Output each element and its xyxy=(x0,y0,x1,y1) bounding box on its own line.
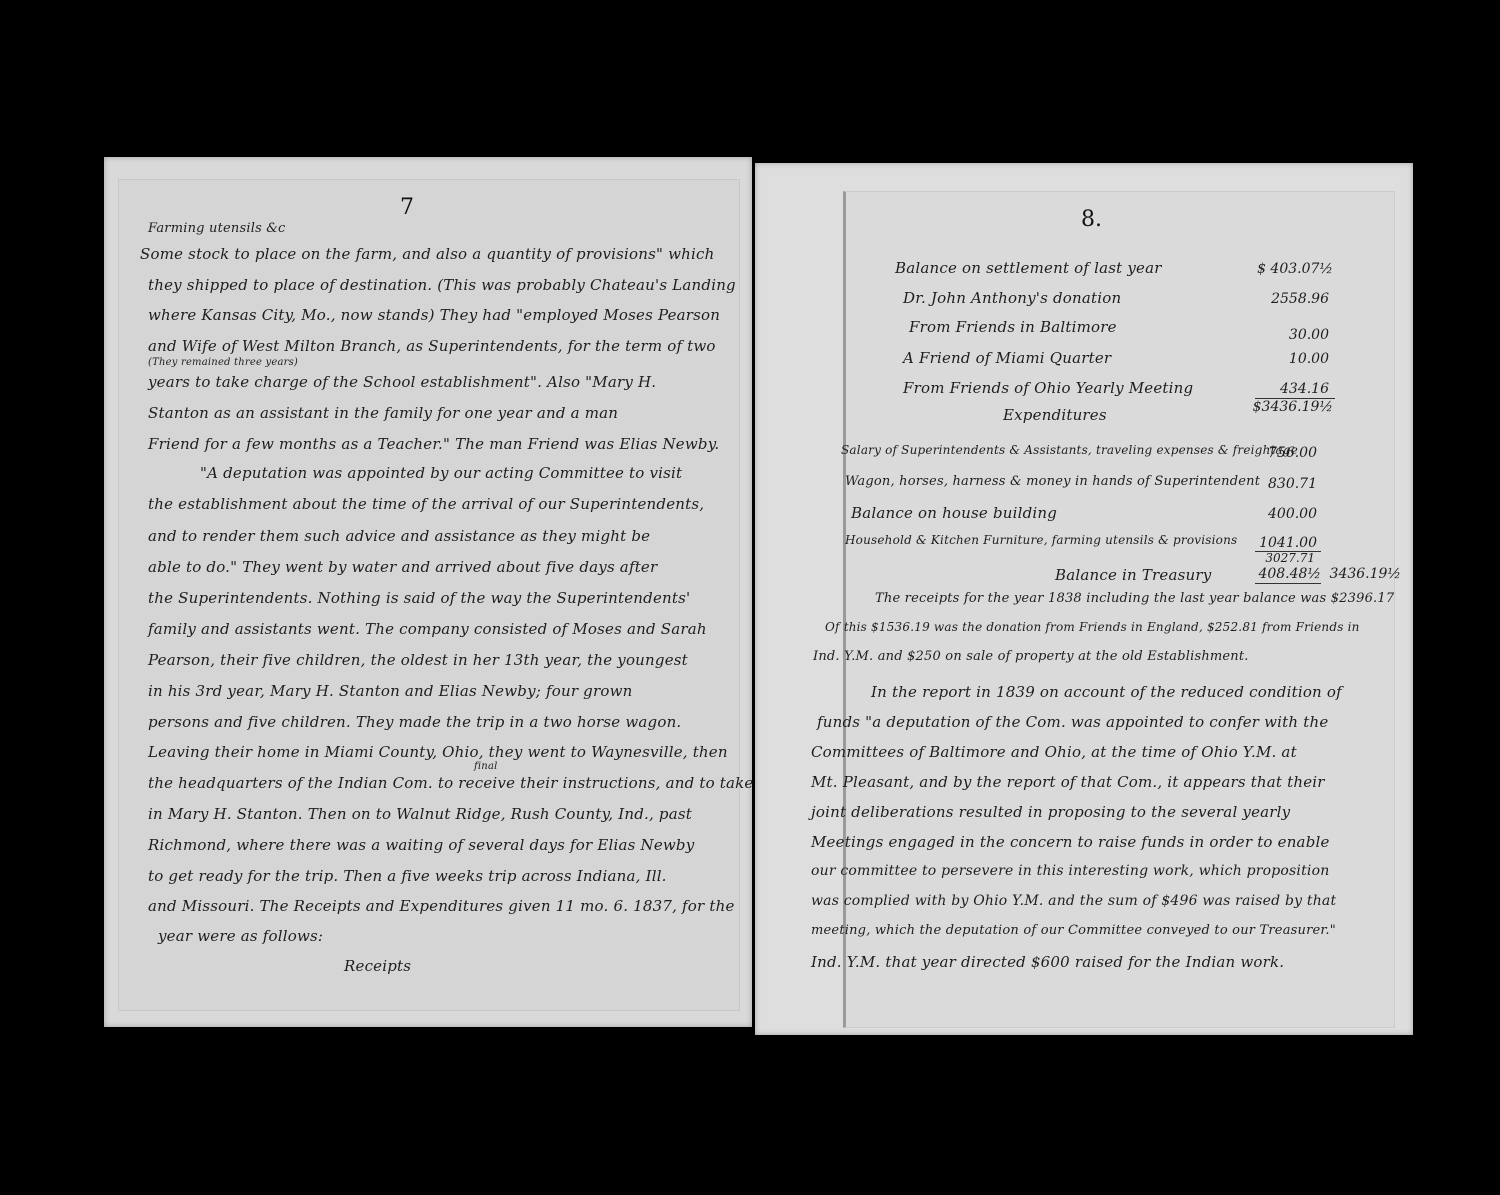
handwritten-line: meeting, which the deputation of our Com… xyxy=(811,923,1336,938)
insert-word: final xyxy=(474,761,498,772)
handwritten-line: Stanton as an assistant in the family fo… xyxy=(148,404,618,422)
handwritten-line: they shipped to place of destination. (T… xyxy=(148,276,736,294)
sum-rule xyxy=(1255,583,1321,584)
right-manuscript-page: 8. Balance on settlement of last year $ … xyxy=(755,163,1413,1035)
handwritten-line: persons and five children. They made the… xyxy=(148,713,681,731)
handwritten-line: Richmond, where there was a waiting of s… xyxy=(148,836,694,854)
expenditure-amount: 1041.00 xyxy=(1259,535,1317,551)
page-number: 8. xyxy=(1081,207,1102,232)
handwritten-line: the Superintendents. Nothing is said of … xyxy=(148,589,690,607)
expenditure-amount: 400.00 xyxy=(1268,506,1317,522)
handwritten-line: Pearson, their five children, the oldest… xyxy=(148,651,688,669)
handwritten-line: "A deputation was appointed by our actin… xyxy=(200,464,682,482)
expenditures-total: 3027.71 xyxy=(1265,551,1315,565)
receipt-label: From Friends in Baltimore xyxy=(909,318,1117,336)
handwritten-line: years to take charge of the School estab… xyxy=(148,373,656,391)
handwritten-line: The receipts for the year 1838 including… xyxy=(875,591,1394,606)
handwritten-line: able to do." They went by water and arri… xyxy=(148,558,657,576)
expenditure-label: Balance on house building xyxy=(851,504,1057,522)
handwritten-line: Ind. Y.M. and $250 on sale of property a… xyxy=(813,649,1249,664)
page-number: 7 xyxy=(400,195,414,220)
receipt-amount: $ 403.07½ xyxy=(1257,261,1333,277)
handwritten-line: the headquarters of the Indian Com. to r… xyxy=(148,774,754,792)
handwritten-line: Committees of Baltimore and Ohio, at the… xyxy=(811,743,1297,761)
expenditure-amount: 830.71 xyxy=(1268,476,1317,492)
grand-total: 3436.19½ xyxy=(1330,566,1401,582)
handwritten-line: was complied with by Ohio Y.M. and the s… xyxy=(811,893,1336,909)
handwritten-line: where Kansas City, Mo., now stands) They… xyxy=(148,306,720,324)
handwritten-line: and Missouri. The Receipts and Expenditu… xyxy=(148,897,735,915)
handwritten-line: Ind. Y.M. that year directed $600 raised… xyxy=(811,953,1284,971)
handwritten-line: and to render them such advice and assis… xyxy=(148,527,650,545)
handwritten-line: in Mary H. Stanton. Then on to Walnut Ri… xyxy=(148,805,692,823)
handwritten-line: In the report in 1839 on account of the … xyxy=(871,683,1342,701)
expenditures-heading: Expenditures xyxy=(1003,406,1107,424)
receipt-label: Dr. John Anthony's donation xyxy=(903,289,1121,307)
receipt-amount: 434.16 xyxy=(1280,381,1329,397)
handwritten-line: Leaving their home in Miami County, Ohio… xyxy=(148,743,728,761)
handwritten-line: Farming utensils &c xyxy=(148,221,286,236)
expenditure-label: Salary of Superintendents & Assistants, … xyxy=(841,443,1298,457)
handwritten-line: in his 3rd year, Mary H. Stanton and Eli… xyxy=(148,682,632,700)
receipt-label: From Friends of Ohio Yearly Meeting xyxy=(903,379,1193,397)
handwritten-line: to get ready for the trip. Then a five w… xyxy=(148,867,667,885)
handwritten-line: funds "a deputation of the Com. was appo… xyxy=(817,713,1328,731)
handwritten-line: Meetings engaged in the concern to raise… xyxy=(811,833,1330,851)
receipt-amount: 10.00 xyxy=(1289,351,1329,367)
receipt-amount: 2558.96 xyxy=(1271,291,1329,307)
handwritten-line: and Wife of West Milton Branch, as Super… xyxy=(148,337,716,355)
balance-label: Balance in Treasury xyxy=(1055,566,1211,584)
handwritten-line: Friend for a few months as a Teacher." T… xyxy=(148,435,719,453)
handwritten-line: our committee to persevere in this inter… xyxy=(811,863,1329,879)
left-manuscript-page: 7 Farming utensils &c Some stock to plac… xyxy=(104,157,752,1027)
handwritten-line: family and assistants went. The company … xyxy=(148,620,707,638)
handwritten-line: year were as follows: xyxy=(158,927,323,945)
handwritten-line: Mt. Pleasant, and by the report of that … xyxy=(811,773,1325,791)
receipt-amount: 30.00 xyxy=(1289,327,1329,343)
insert-note: (They remained three years) xyxy=(148,357,298,368)
receipt-label: Balance on settlement of last year xyxy=(895,259,1162,277)
receipts-heading: Receipts xyxy=(344,957,411,975)
expenditure-label: Wagon, horses, harness & money in hands … xyxy=(845,474,1260,489)
handwritten-line: the establishment about the time of the … xyxy=(148,495,704,513)
expenditure-label: Household & Kitchen Furniture, farming u… xyxy=(845,533,1237,547)
balance-amount: 408.48½ xyxy=(1258,566,1321,582)
handwritten-line: joint deliberations resulted in proposin… xyxy=(811,803,1290,821)
expenditure-amount: 756.00 xyxy=(1268,445,1317,461)
handwritten-line: Some stock to place on the farm, and als… xyxy=(140,245,714,263)
receipts-total: $3436.19½ xyxy=(1253,399,1333,415)
handwritten-line: Of this $1536.19 was the donation from F… xyxy=(825,620,1360,634)
receipt-label: A Friend of Miami Quarter xyxy=(903,349,1111,367)
